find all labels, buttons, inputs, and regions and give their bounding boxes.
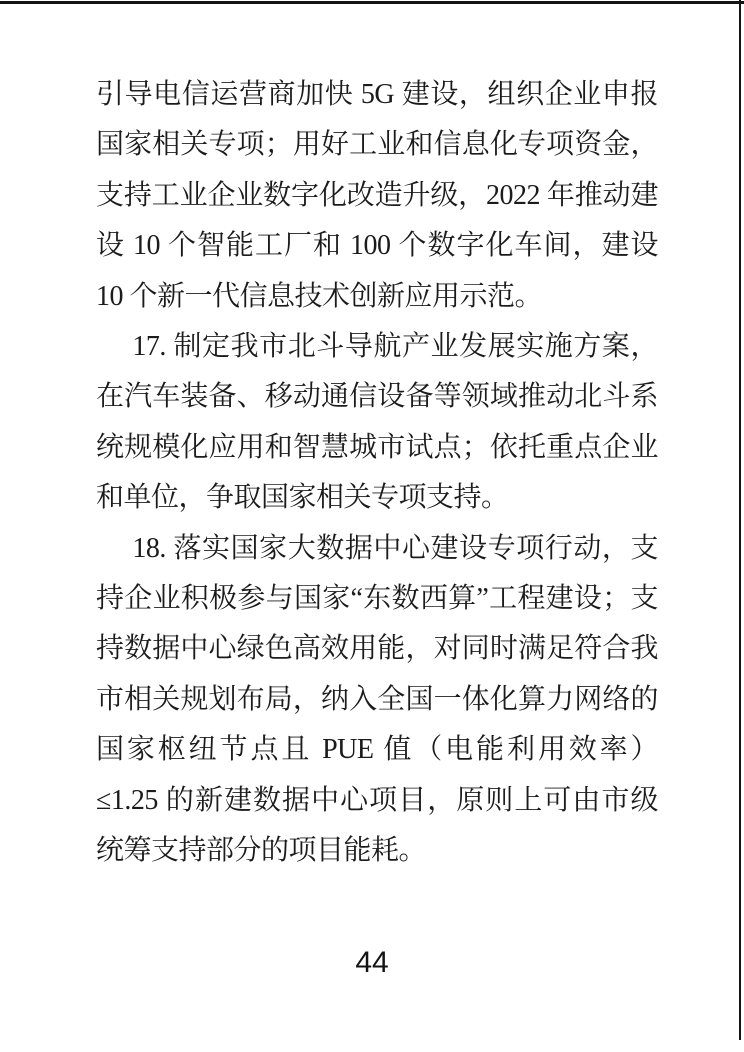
page-body-text: 引导电信运营商加快 5G 建设，组织企业申报国家相关专项；用好工业和信息化专项资… [96, 70, 658, 877]
body-paragraph-item-17: 17. 制定我市北斗导航产业发展实施方案，在汽车装备、移动通信设备等领域推动北斗… [96, 322, 658, 524]
body-paragraph-item-18: 18. 落实国家大数据中心建设专项行动，支持企业积极参与国家“东数西算”工程建设… [96, 524, 658, 877]
page-number: 44 [0, 946, 744, 980]
body-paragraph-continuation: 引导电信运营商加快 5G 建设，组织企业申报国家相关专项；用好工业和信息化专项资… [96, 70, 658, 322]
page-right-border-line [739, 0, 741, 1040]
document-page: 引导电信运营商加快 5G 建设，组织企业申报国家相关专项；用好工业和信息化专项资… [0, 0, 744, 1052]
page-top-border-line [0, 1, 744, 4]
